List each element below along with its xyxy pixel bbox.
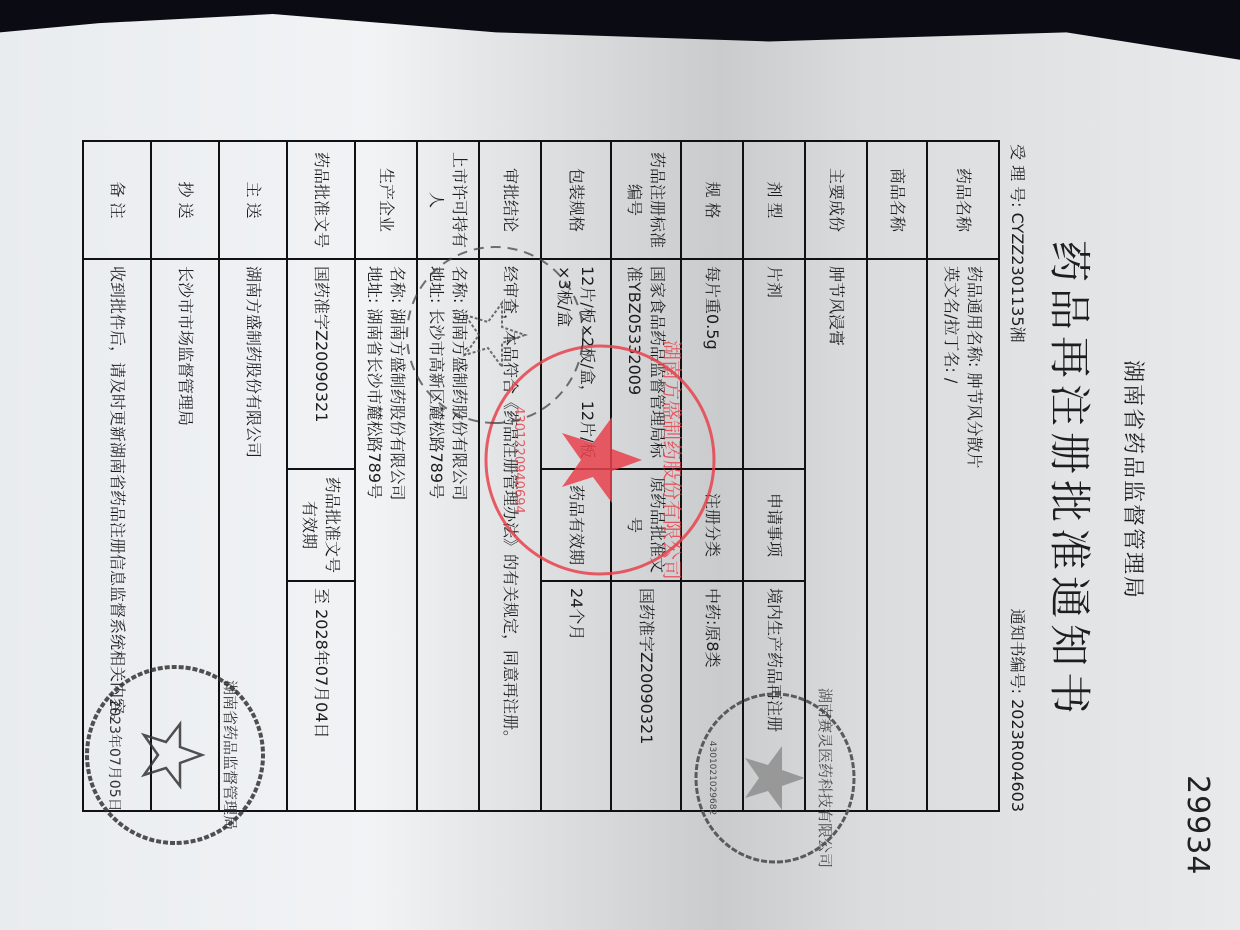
table-row: 规 格 每片重0.5g 注册分类 中药:原8类 — [681, 141, 743, 811]
notice-number-value: 2023R004603 — [1008, 699, 1027, 812]
acceptance-number: 受 理 号: CYZZ2301135湘 — [1007, 144, 1030, 343]
conclusion-value: 经审查，本品符合《药品注册管理办法》的有关规定，同意再注册。 — [479, 259, 541, 811]
trade-name-value — [867, 259, 927, 811]
holder-name: 名称: 湖南方盛制药股份有限公司 — [448, 266, 471, 804]
table-row: 剂 型 片剂 申请事项 境内生产药品再注册 — [743, 141, 805, 811]
cc-value: 长沙市市场监督管理局 — [151, 259, 219, 811]
table-row: 上市许可持有人 名称: 湖南方盛制药股份有限公司 地址: 长沙市高新区麓松路78… — [417, 141, 479, 811]
holder-label: 上市许可持有人 — [417, 141, 479, 259]
drug-name-cell: 药品通用名称: 肿节风分散片 英文名/拉丁名: / — [927, 259, 999, 811]
ingredient-value: 肿节风浸膏 — [805, 259, 867, 811]
approval-valid-value: 至 2028年07月04日 — [287, 581, 355, 811]
spec-label: 规 格 — [681, 141, 743, 259]
note-value: 收到批件后，请及时更新湖南省药品注册信息监督系统相关内容。 — [83, 259, 151, 811]
table-row: 药品名称 药品通用名称: 肿节风分散片 英文名/拉丁名: / — [927, 141, 999, 811]
manufacturer-name: 名称: 湖南方盛制药股份有限公司 — [386, 266, 409, 804]
table-row: 生产企业 名称: 湖南方盛制药股份有限公司 地址: 湖南省长沙市麓松路789号 — [355, 141, 417, 811]
manufacturer-label: 生产企业 — [355, 141, 417, 259]
spec-value: 每片重0.5g — [681, 259, 743, 469]
trade-name-label: 商品名称 — [867, 141, 927, 259]
application-item-value: 境内生产药品再注册 — [743, 581, 805, 811]
table-row: 主 送 湖南方盛制药股份有限公司 — [219, 141, 287, 811]
drug-name-label: 药品名称 — [927, 141, 999, 259]
holder-address: 地址: 长沙市高新区麓松路789号 — [425, 266, 448, 804]
application-item-label: 申请事项 — [743, 469, 805, 581]
reg-class-label: 注册分类 — [681, 469, 743, 581]
table-row: 商品名称 — [867, 141, 927, 811]
notice-number: 通知书编号: 2023R004603 — [1007, 609, 1030, 812]
reg-class-value: 中药:原8类 — [681, 581, 743, 811]
document-title: 药品再注册批准通知书 — [1042, 140, 1102, 820]
issuing-agency: 湖南省药品监督管理局 — [1119, 140, 1150, 820]
validity-value: 24个月 — [541, 581, 611, 811]
approval-table: 药品名称 药品通用名称: 肿节风分散片 英文名/拉丁名: / 商品名称 主要成份… — [82, 140, 1000, 812]
manufacturer-cell: 名称: 湖南方盛制药股份有限公司 地址: 湖南省长沙市麓松路789号 — [355, 259, 417, 811]
approval-notice-document: 湖南省药品监督管理局 药品再注册批准通知书 受 理 号: CYZZ2301135… — [90, 140, 1150, 820]
table-row: 药品注册标准编号 国家食品药品监督管理局标准YBZ05332009 原药品批准文… — [611, 141, 681, 811]
table-row: 抄 送 长沙市市场监督管理局 — [151, 141, 219, 811]
table-row: 审批结论 经审查，本品符合《药品注册管理办法》的有关规定，同意再注册。 — [479, 141, 541, 811]
ingredient-label: 主要成份 — [805, 141, 867, 259]
approval-no-value: 国药准字Z20090321 — [287, 259, 355, 469]
acceptance-number-label: 受 理 号: — [1008, 144, 1027, 208]
holder-cell: 名称: 湖南方盛制药股份有限公司 地址: 长沙市高新区麓松路789号 — [417, 259, 479, 811]
package-value: 12片/板×2板/盒，12片/板×3板/盒 — [541, 259, 611, 469]
send-to-label: 主 送 — [219, 141, 287, 259]
table-row: 备 注 收到批件后，请及时更新湖南省药品注册信息监督系统相关内容。 — [83, 141, 151, 811]
package-label: 包装规格 — [541, 141, 611, 259]
drug-english-name: 英文名/拉丁名: / — [940, 266, 963, 804]
dosage-form-value: 片剂 — [743, 259, 805, 469]
approval-valid-label: 药品批准文号有效期 — [287, 469, 355, 581]
orig-approval-value: 国药准字Z20090321 — [611, 581, 681, 811]
acceptance-number-value: CYZZ2301135湘 — [1008, 213, 1027, 343]
orig-approval-label: 原药品批准文号 — [611, 469, 681, 581]
notice-number-label: 通知书编号: — [1008, 609, 1027, 694]
table-row: 主要成份 肿节风浸膏 — [805, 141, 867, 811]
send-to-value: 湖南方盛制药股份有限公司 — [219, 259, 287, 811]
dosage-form-label: 剂 型 — [743, 141, 805, 259]
table-row: 包装规格 12片/板×2板/盒，12片/板×3板/盒 药品有效期 24个月 — [541, 141, 611, 811]
std-no-value: 国家食品药品监督管理局标准YBZ05332009 — [611, 259, 681, 469]
drug-generic-name: 药品通用名称: 肿节风分散片 — [963, 266, 986, 804]
manufacturer-address: 地址: 湖南省长沙市麓松路789号 — [363, 266, 386, 804]
note-label: 备 注 — [83, 141, 151, 259]
cc-label: 抄 送 — [151, 141, 219, 259]
table-row: 药品批准文号 国药准字Z20090321 药品批准文号有效期 至 2028年07… — [287, 141, 355, 811]
conclusion-label: 审批结论 — [479, 141, 541, 259]
approval-no-label: 药品批准文号 — [287, 141, 355, 259]
validity-label: 药品有效期 — [541, 469, 611, 581]
handwritten-number: 29934 — [1175, 775, 1215, 885]
std-no-label: 药品注册标准编号 — [611, 141, 681, 259]
